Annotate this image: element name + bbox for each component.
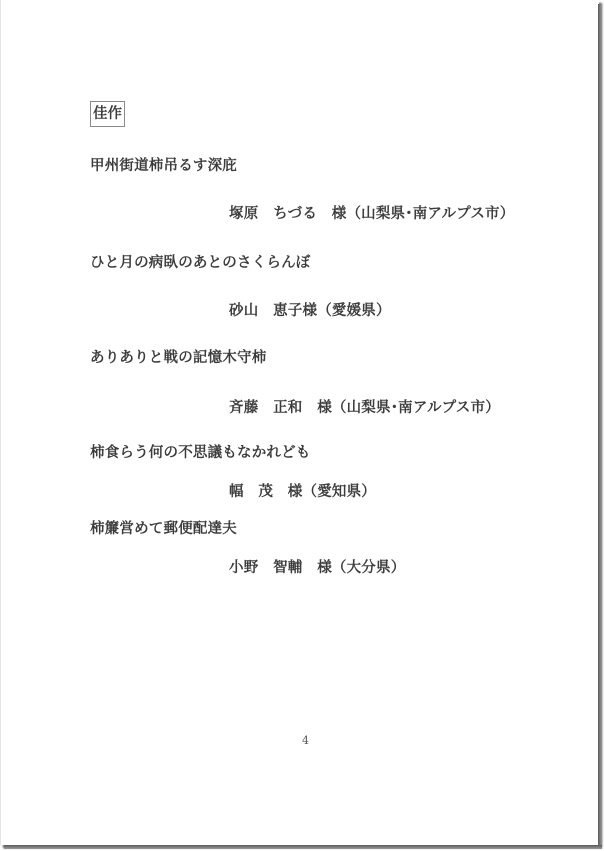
page-shadow-bottom	[4, 845, 602, 849]
haiku-5: 柿簾営めて郵便配達夫	[90, 517, 237, 538]
author-2: 砂山 恵子様（愛媛県）	[229, 299, 391, 320]
document-page: 佳作 甲州街道柿吊るす深庇 塚原 ちづる 様（山梨県･南アルプス市） ひと月の病…	[0, 0, 599, 845]
haiku-3: ありありと戦の記憶木守柿	[90, 346, 266, 367]
haiku-4: 柿食らう何の不思議もなかれども	[90, 441, 311, 462]
section-label-kasaku: 佳作	[90, 101, 125, 127]
author-1: 塚原 ちづる 様（山梨県･南アルプス市）	[229, 202, 514, 223]
author-3: 斉藤 正和 様（山梨県･南アルプス市）	[229, 396, 500, 417]
author-5: 小野 智輔 様（大分県）	[229, 556, 405, 577]
haiku-2: ひと月の病臥のあとのさくらんぼ	[90, 251, 311, 272]
page-number: 4	[302, 734, 309, 747]
page-shadow-right	[598, 4, 602, 847]
haiku-1: 甲州街道柿吊るす深庇	[90, 154, 237, 175]
author-4: 幅 茂 様（愛知県）	[229, 480, 376, 501]
